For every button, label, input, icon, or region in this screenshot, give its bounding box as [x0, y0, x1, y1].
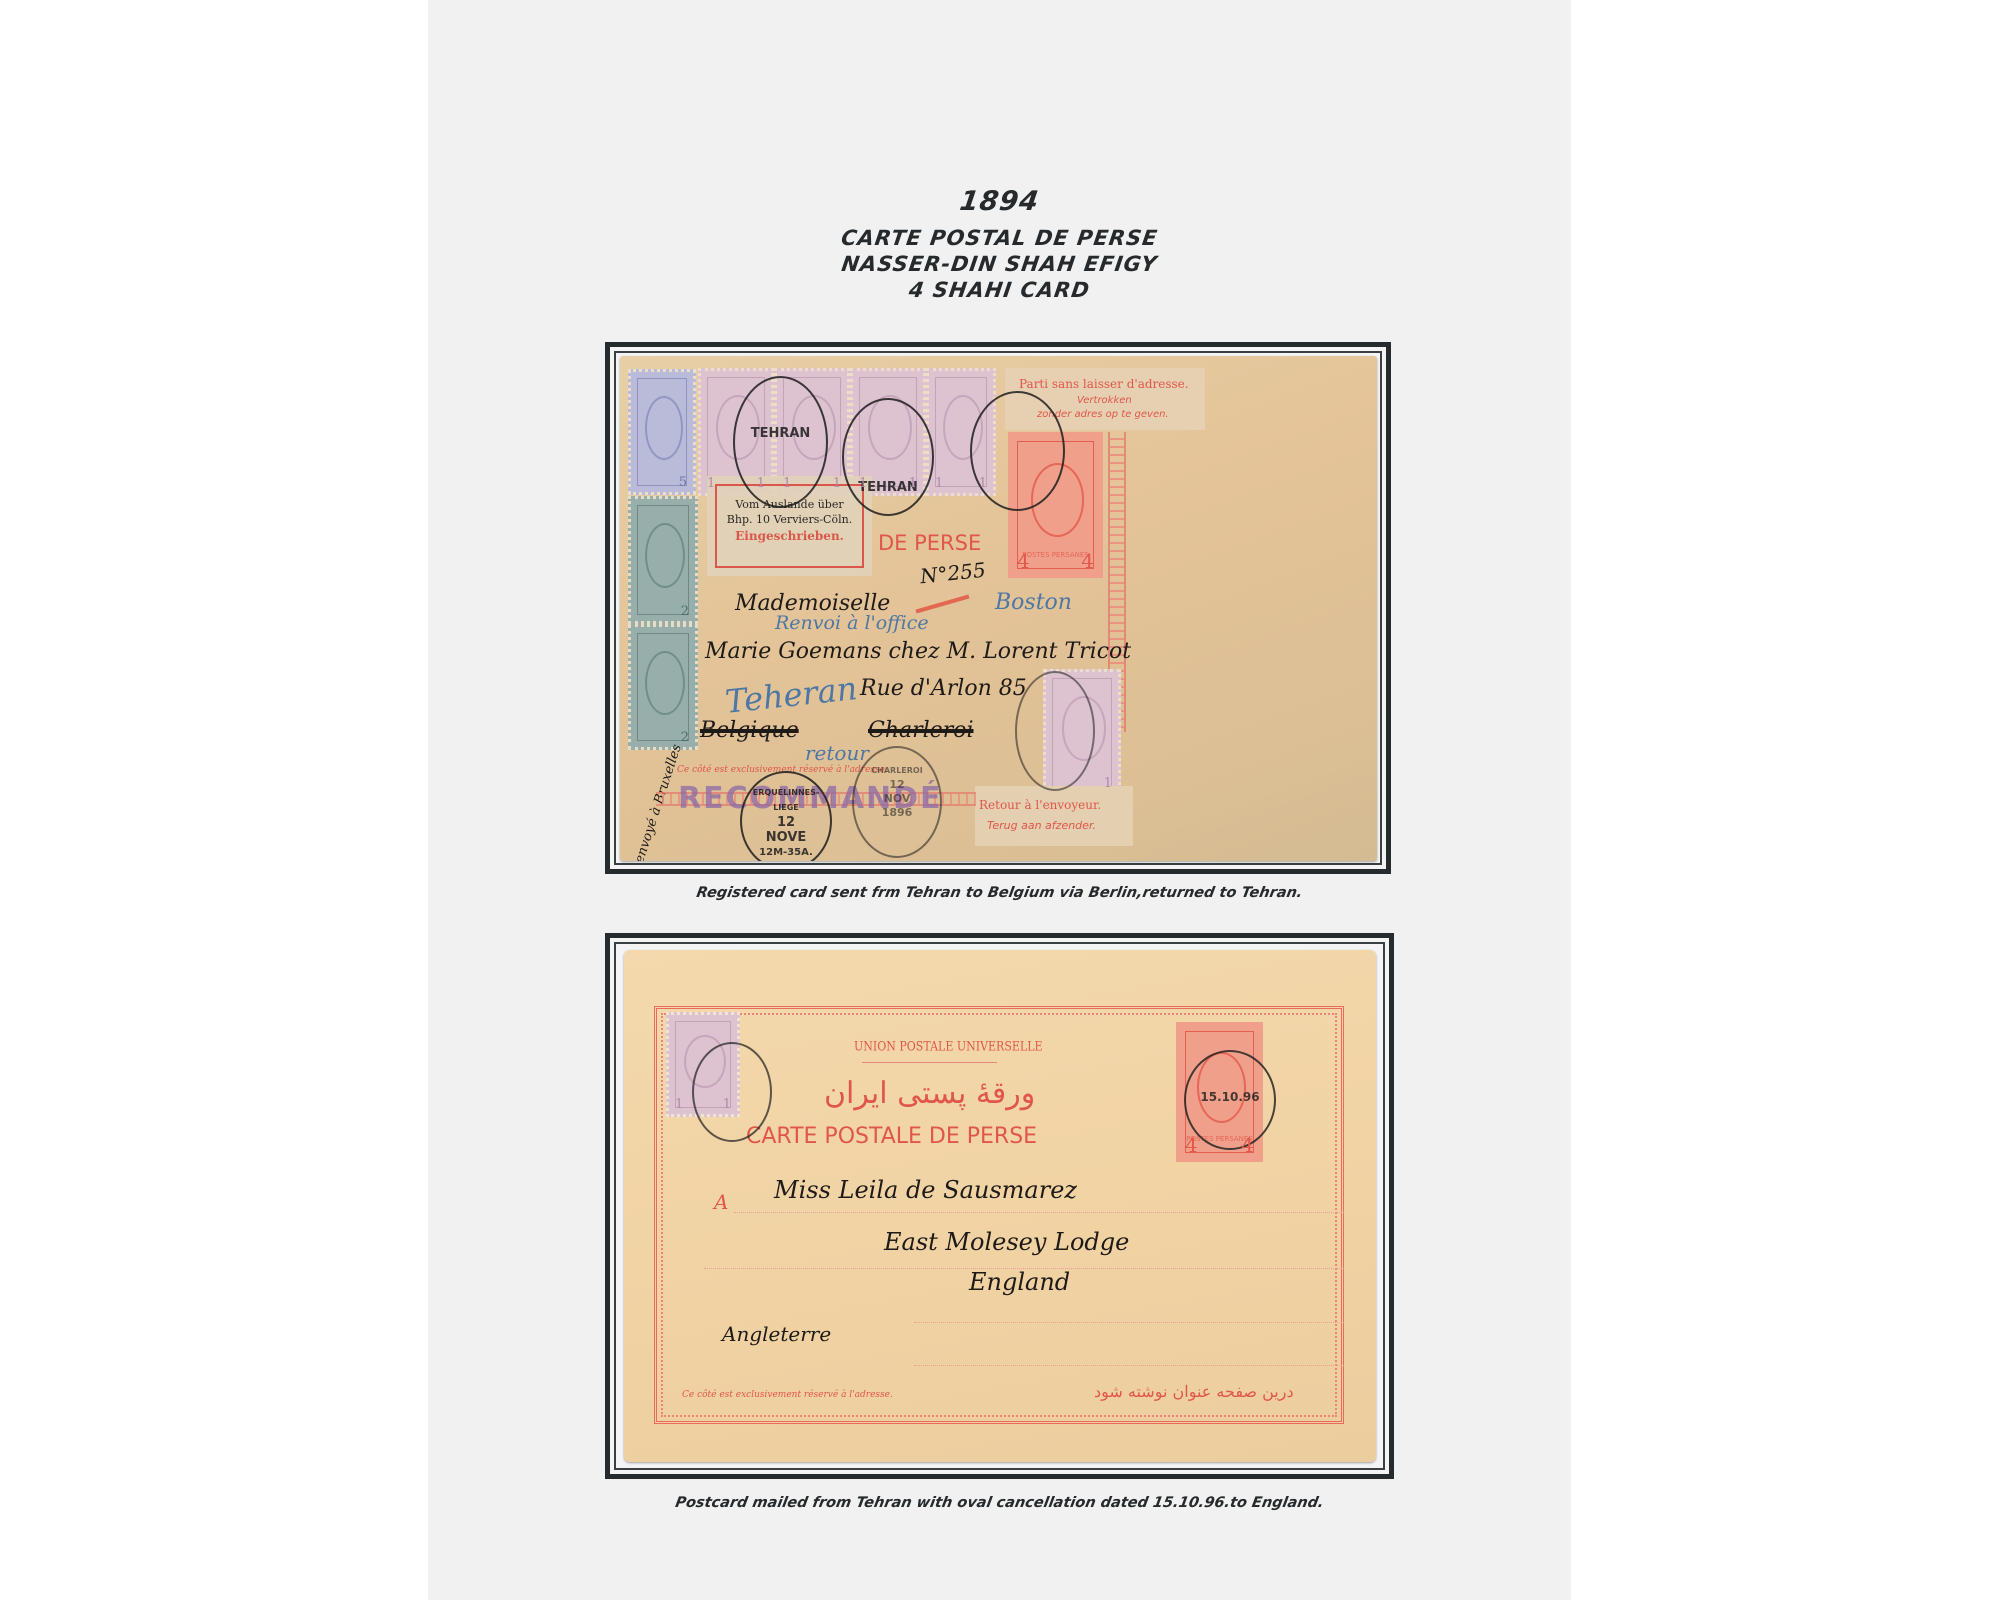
- stamp-5-shahi-blue: 5: [628, 369, 696, 495]
- address-line-3: Rue d'Arlon 85: [860, 676, 1027, 701]
- address-line-guide: [734, 1212, 1344, 1213]
- redirect-teheran: Teheran: [723, 669, 859, 721]
- stamp-2-shahi-green: 2: [628, 624, 698, 750]
- page-title-line-3: 4 SHAHI CARD: [426, 278, 1572, 302]
- address-line-guide: [914, 1322, 1344, 1323]
- registered-postcard: 5 11 11 11 11 2 2 Parti sans lai: [620, 356, 1377, 861]
- address-line-2: East Molesey Lodge: [884, 1228, 1129, 1256]
- printed-card-title: DE PERSE: [878, 531, 981, 555]
- registration-number: N°255: [919, 558, 987, 589]
- tehran-oval-postmark: 15.10.96: [1184, 1050, 1276, 1150]
- return-label-text-nl-1: Vertrokken: [1077, 395, 1132, 406]
- tehran-oval-postmark: [692, 1042, 772, 1142]
- return-label-bottom: Retour à l'envoyeur. Terug aan afzender.: [975, 786, 1133, 846]
- card-footer-text: Ce côté est exclusivement réservé à l'ad…: [682, 1390, 893, 1400]
- page-title-line-2: NASSER-DIN SHAH EFIGY: [426, 252, 1572, 276]
- address-line-1: Miss Leila de Sausmarez: [774, 1176, 1077, 1204]
- tehran-postmark: TEHRAN: [842, 398, 934, 516]
- card-footer-persian: درین صفحه عنوان نوشته شود: [1094, 1382, 1294, 1401]
- address-prefix: A: [714, 1190, 728, 1214]
- printed-card-title: CARTE POSTALE DE PERSE: [746, 1124, 1037, 1149]
- return-label-bottom-nl: Terug aan afzender.: [987, 819, 1096, 832]
- charleroi-postmark: CHARLEROI 12 NOV 1896: [852, 746, 942, 858]
- address-line-3: England: [969, 1268, 1070, 1296]
- address-line-4: Angleterre: [722, 1322, 831, 1346]
- red-pencil-stroke: [916, 594, 970, 613]
- registration-label-line-3: Eingeschrieben.: [717, 527, 862, 545]
- tehran-postmark: TEHRAN: [733, 376, 828, 508]
- upu-header: UNION POSTALE UNIVERSELLE: [854, 1039, 1043, 1055]
- address-country-struck: Belgique: [700, 718, 799, 743]
- page-title-line-1: CARTE POSTAL DE PERSE: [426, 226, 1572, 250]
- stamp-2-shahi-green: 2: [628, 496, 698, 624]
- tehran-postmark: [970, 391, 1065, 511]
- erquelinnes-postmark: ERQUELINNES-LIEGE 12 NOVE 12M-35A.: [740, 771, 832, 861]
- mount-frame-postcard: UNION POSTALE UNIVERSELLE ورقهٔ پستی ایر…: [605, 933, 1394, 1479]
- return-label-bottom-fr: Retour à l'envoyeur.: [979, 798, 1101, 812]
- header-rule: [862, 1062, 997, 1063]
- postcard-to-england: UNION POSTALE UNIVERSELLE ورقهٔ پستی ایر…: [624, 950, 1376, 1462]
- return-note: retour: [805, 741, 869, 765]
- address-line-guide: [914, 1365, 1344, 1366]
- persian-title: ورقهٔ پستی ایران: [824, 1076, 1035, 1111]
- page-title-year: 1894: [426, 186, 1573, 217]
- annotation-boston: Boston: [995, 590, 1072, 615]
- caption-registered-card: Registered card sent frm Tehran to Belgi…: [427, 885, 1573, 901]
- forwarding-note: Renvoi à l'office: [775, 612, 929, 634]
- return-label-text-fr: Parti sans laisser d'adresse.: [1019, 377, 1189, 391]
- registration-label-line-2: Bhp. 10 Verviers-Cöln.: [717, 512, 862, 527]
- caption-postcard: Postcard mailed from Tehran with oval ca…: [427, 1495, 1573, 1511]
- address-line-2: Marie Goemans chez M. Lorent Tricot: [705, 639, 1131, 664]
- tehran-postmark: [1015, 671, 1095, 791]
- mount-frame-registered-card: 5 11 11 11 11 2 2 Parti sans lai: [605, 342, 1391, 874]
- address-city-struck: Charleroi: [868, 718, 974, 743]
